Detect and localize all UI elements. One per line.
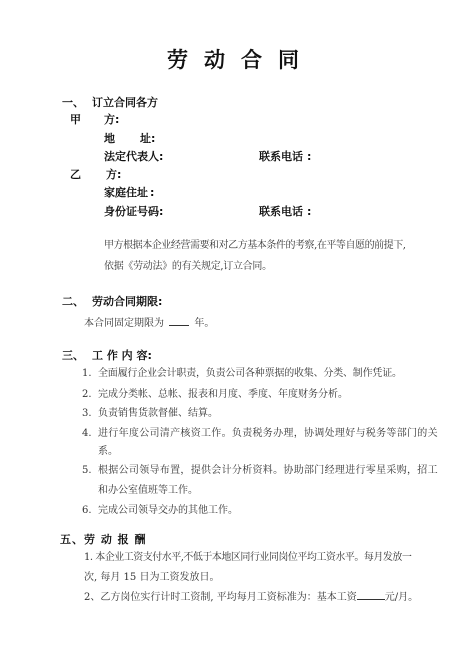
party-b-phone-label: 联系电话 [259,206,303,217]
party-a-phone-label: 联系电话 [259,151,303,162]
work-item-6-text: 完成公司领导交办的其他工作。 [98,506,238,516]
party-b-name-label: 方: [106,169,121,180]
work-item-1-text: 全面履行企业会计职责，负责公司各种票据的收集、分类、制作凭证。 [98,369,402,379]
wage-item-2-text-after: 元/月。 [385,592,418,603]
party-a-label: 甲 [70,114,81,125]
section2-heading: 劳动合同期限: [92,296,162,307]
work-item-1-number: 1. [82,369,92,379]
work-item-5-text-line-1: 根据公司领导布置，提供会计分析资料。协助部门经理进行零星采购，招工 [98,466,438,476]
party-a-name-label: 方: [104,114,119,125]
wage-item-1-line-2: 次, 每月 15 日为工资发放日。 [84,573,219,583]
work-item-3-number: 3. [82,409,92,419]
work-item-3-text: 负责销售货款督催、结算。 [98,409,218,419]
wage-item-1-line-1: 1. 本企业工资支付水平,不低于本地区同行业同岗位平均工资水平。每月发放一 [84,553,411,563]
section2-number: 二、 [62,296,84,307]
party-b-home-address-label: 家庭住址 [104,187,148,198]
party-b-home-address-colon: : [150,187,154,198]
section1-heading: 订立合同各方 [92,97,158,108]
contract-term-line: 本合同固定期限为 年。 [84,316,214,329]
preamble-line-2: 依据《劳动法》的有关规定,订立合同。 [104,262,272,272]
party-b-phone-colon: : [307,206,311,217]
title-char-2: 动 [204,50,225,71]
work-item-6-number: 6. [82,506,92,516]
contract-term-text-after: 年。 [194,318,214,329]
party-a-legal-rep-label: 法定代表人: [104,151,163,162]
title-char-3: 合 [241,50,262,71]
work-item-5-text-line-2: 和办公室值班等工作。 [98,486,198,496]
title-char-1: 劳 [167,50,188,71]
work-item-5-number: 5. [82,466,92,476]
party-b-label: 乙 [70,169,81,180]
party-a-phone-colon: : [307,151,311,162]
section1-number: 一、 [62,97,84,108]
base-wage-blank[interactable] [357,590,385,600]
preamble-line-1: 甲方根据本企业经营需要和对乙方基本条件的考察,在平等自愿的前提下, [104,241,406,251]
contract-term-years-blank[interactable] [169,316,189,326]
work-item-4-text-line-2: 系。 [98,447,118,457]
section3-number: 三、 [62,350,84,361]
work-item-2-number: 2. [82,390,92,400]
title-char-4: 同 [278,50,299,71]
work-item-2-text: 完成分类帐、总帐、报表和月度、季度、年度财务分析。 [98,390,348,400]
party-b-id-label: 身份证号码: [104,206,163,217]
contract-term-text-before: 本合同固定期限为 [84,318,164,329]
party-a-address-label-2: 址: [140,133,155,144]
section3-heading: 工 作 内 容: [92,350,152,361]
wage-item-2-line: 2、乙方岗位实行计时工资制, 平均每月工资标准为：基本工资元/月。 [84,590,418,603]
work-item-4-text-line-1: 进行年度公司清产核资工作。负责税务办理，协调处理好与税务等部门的关 [98,429,438,439]
section5-heading: 五、劳 动 报 酬 [60,534,147,545]
party-a-address-label-1: 地 [104,133,115,144]
work-item-4-number: 4. [82,429,92,439]
wage-item-2-text-before: 2、乙方岗位实行计时工资制, 平均每月工资标准为：基本工资 [84,592,357,603]
